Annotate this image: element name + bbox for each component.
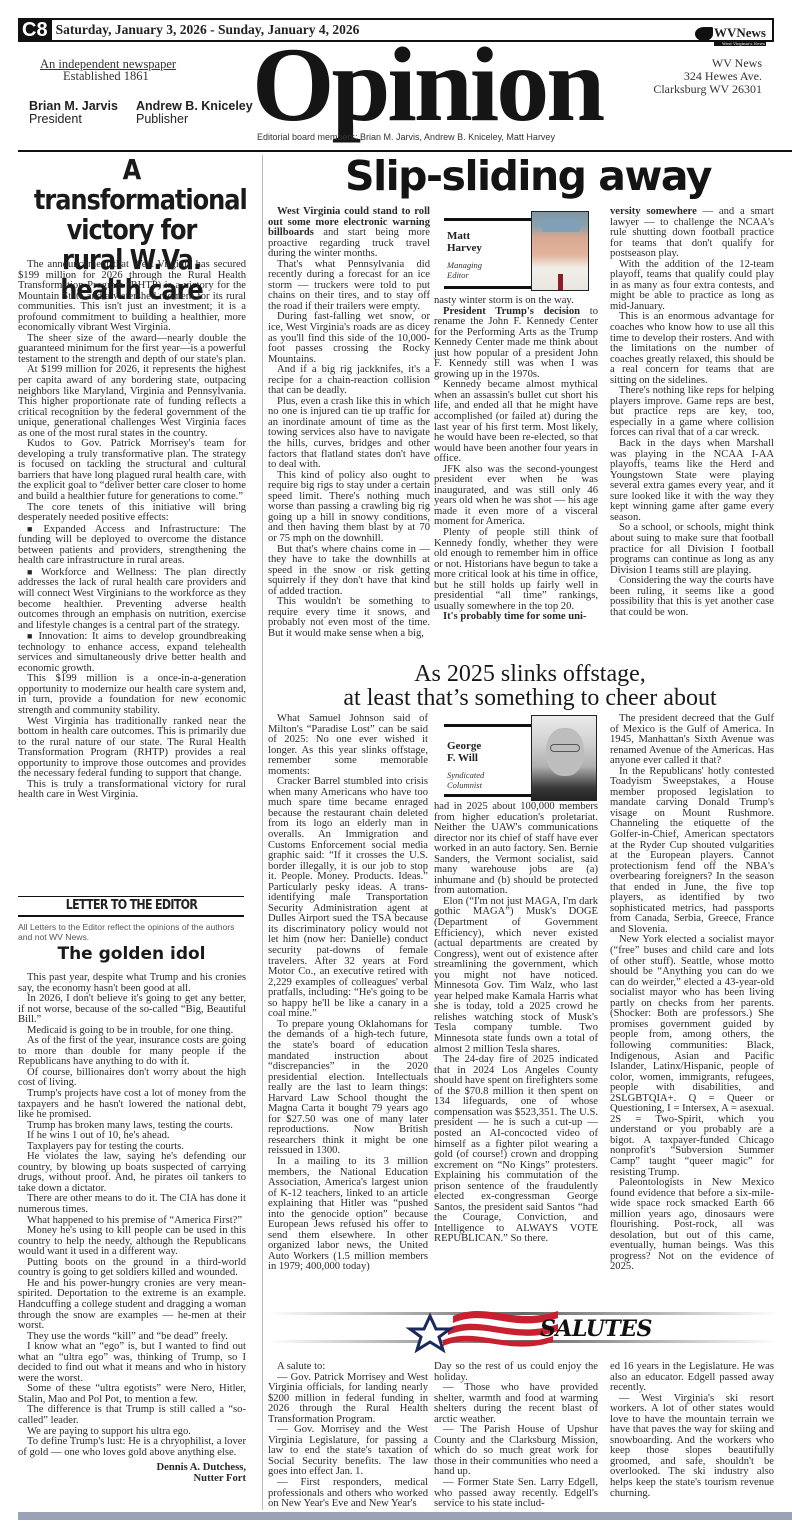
letter-disclaimer: All Letters to the Editor reflect the op… bbox=[18, 922, 248, 942]
paragraph: Cracker Barrel stumbled into crisis when… bbox=[268, 777, 428, 1020]
salutes-column-3: ed 16 years in the Legislature. He was a… bbox=[610, 1362, 774, 1499]
paragraph: This wouldn't be something to require ev… bbox=[268, 597, 430, 639]
paragraph: — Gov. Morrisey and the West Virginia Le… bbox=[268, 1425, 428, 1478]
paragraph: New York elected a socialist mayor (“fre… bbox=[610, 935, 774, 1178]
harvey-byline: Matt Harvey Managing Editor bbox=[444, 212, 594, 292]
editorial-board: Editorial board members: Brian M. Jarvis… bbox=[257, 132, 555, 142]
executive-president: Brian M. Jarvis President bbox=[29, 100, 118, 126]
column-divider bbox=[262, 155, 263, 1510]
paragraph: JFK also was the second-youngest preside… bbox=[434, 465, 598, 528]
paragraph: — Those who have provided shelter, warmt… bbox=[434, 1383, 598, 1425]
paragraph: With the addition of the 12-team playoff… bbox=[610, 260, 774, 313]
paragraph: This kind of policy also ought to requir… bbox=[268, 471, 430, 545]
will-column-1: What Samuel Johnson said of Milton's “Pa… bbox=[268, 714, 428, 1273]
paragraph: It's probably time for some uni- bbox=[434, 612, 598, 623]
wv-state-icon bbox=[695, 27, 713, 41]
paragraph: But that's where chains come in — they h… bbox=[268, 545, 430, 598]
harvey-column-3: versity somewhere — and a smart lawyer —… bbox=[610, 207, 774, 618]
letter-bottom-rule bbox=[18, 915, 244, 917]
paragraph: Plenty of people still think of Kennedy … bbox=[434, 528, 598, 612]
established: Established 1861 bbox=[63, 69, 149, 84]
paragraph: A salute to: bbox=[268, 1362, 428, 1373]
salutes-column-2: Day so the rest of us could enjoy the ho… bbox=[434, 1362, 598, 1510]
paragraph: ed 16 years in the Legislature. He was a… bbox=[610, 1362, 774, 1394]
will-headline: As 2025 slinks offstage, at least that’s… bbox=[268, 662, 792, 710]
paragraph: Day so the rest of us could enjoy the ho… bbox=[434, 1362, 598, 1383]
letter-location: Nutter Fort bbox=[18, 1474, 246, 1485]
paragraph: That's what Pennsylvania did recently du… bbox=[268, 260, 430, 313]
letter-headline: The golden idol bbox=[18, 944, 245, 964]
flag-star-icon bbox=[268, 1296, 778, 1356]
letter-top-rule bbox=[18, 896, 244, 897]
editorial-body: The announcement that West Virginia has … bbox=[18, 260, 246, 801]
harvey-photo bbox=[531, 211, 589, 291]
paragraph: In a mailing to its 3 million members, t… bbox=[268, 1157, 428, 1273]
paragraph: So a school, or schools, might think abo… bbox=[610, 523, 774, 576]
paragraph: Plus, even a crash like this in which no… bbox=[268, 397, 430, 471]
letter-body: This past year, despite what Trump and h… bbox=[18, 973, 246, 1484]
paragraph: The president decreed that the Gulf of M… bbox=[610, 714, 774, 767]
paragraph: had in 2025 about 100,000 members from h… bbox=[434, 802, 598, 897]
salutes-banner: SALUTES bbox=[268, 1296, 778, 1356]
executive-publisher: Andrew B. Kniceley Publisher bbox=[136, 100, 253, 126]
will-photo bbox=[531, 715, 597, 801]
paragraph: The 24-day fire of 2025 indicated that i… bbox=[434, 1055, 598, 1245]
paragraph: Elon (“I'm not just MAGA, I'm dark gothi… bbox=[434, 897, 598, 1055]
paragraph: During fast-falling wet snow, or ice, We… bbox=[268, 312, 430, 365]
will-column-2: had in 2025 about 100,000 members from h… bbox=[434, 802, 598, 1245]
section-title: Opinion bbox=[252, 30, 602, 140]
harvey-column-2: nasty winter storm is on the way.Preside… bbox=[434, 296, 598, 623]
paragraph: To prepare young Oklahomans for the dema… bbox=[268, 1020, 428, 1157]
paragraph: This is an enormous advantage for coache… bbox=[610, 312, 774, 386]
paragraph: West Virginia could stand to roll out so… bbox=[268, 207, 430, 260]
paragraph: — Former State Sen. Larry Edgell, who pa… bbox=[434, 1478, 598, 1510]
paragraph: versity somewhere — and a smart lawyer —… bbox=[610, 207, 774, 260]
will-column-3: The president decreed that the Gulf of M… bbox=[610, 714, 774, 1273]
paragraph: And if a big rig jackknifes, it's a reci… bbox=[268, 365, 430, 397]
paragraph: Paleontologists in New Mexico found evid… bbox=[610, 1178, 774, 1273]
paragraph: What Samuel Johnson said of Milton's “Pa… bbox=[268, 714, 428, 777]
wvnews-logo: WVNews West Virginia's News bbox=[695, 22, 766, 46]
paragraph: Kennedy became almost mythical when an a… bbox=[434, 380, 598, 464]
paragraph: — Gov. Patrick Morrisey and West Virgini… bbox=[268, 1373, 428, 1426]
page-footer-band bbox=[18, 1512, 792, 1520]
will-byline: George F. Will Syndicated Columnist bbox=[444, 716, 594, 798]
paragraph: Back in the days when Marshall was playi… bbox=[610, 439, 774, 523]
paragraph: — The Parish House of Upshur County and … bbox=[434, 1425, 598, 1478]
paragraph: — First responders, medical professional… bbox=[268, 1478, 428, 1510]
paragraph: There's nothing like reps for helping pl… bbox=[610, 386, 774, 439]
harvey-headline: Slip-sliding away bbox=[268, 152, 788, 200]
harvey-column-1: West Virginia could stand to roll out so… bbox=[268, 207, 430, 639]
paragraph: President Trump's decision to rename the… bbox=[434, 307, 598, 381]
paragraph: In the Republicans' hotly contested Toad… bbox=[610, 767, 774, 936]
page-number: C8 bbox=[18, 18, 52, 42]
paragraph: Considering the way the courts have been… bbox=[610, 576, 774, 618]
address: WV News 324 Hewes Ave. Clarksburg WV 263… bbox=[653, 57, 762, 96]
letter-section-label: LETTER TO THE EDITOR bbox=[35, 898, 228, 913]
salutes-column-1: A salute to:— Gov. Patrick Morrisey and … bbox=[268, 1362, 428, 1510]
paragraph: — West Virginia's ski resort workers. A … bbox=[610, 1394, 774, 1499]
salutes-label: SALUTES bbox=[540, 1316, 652, 1342]
